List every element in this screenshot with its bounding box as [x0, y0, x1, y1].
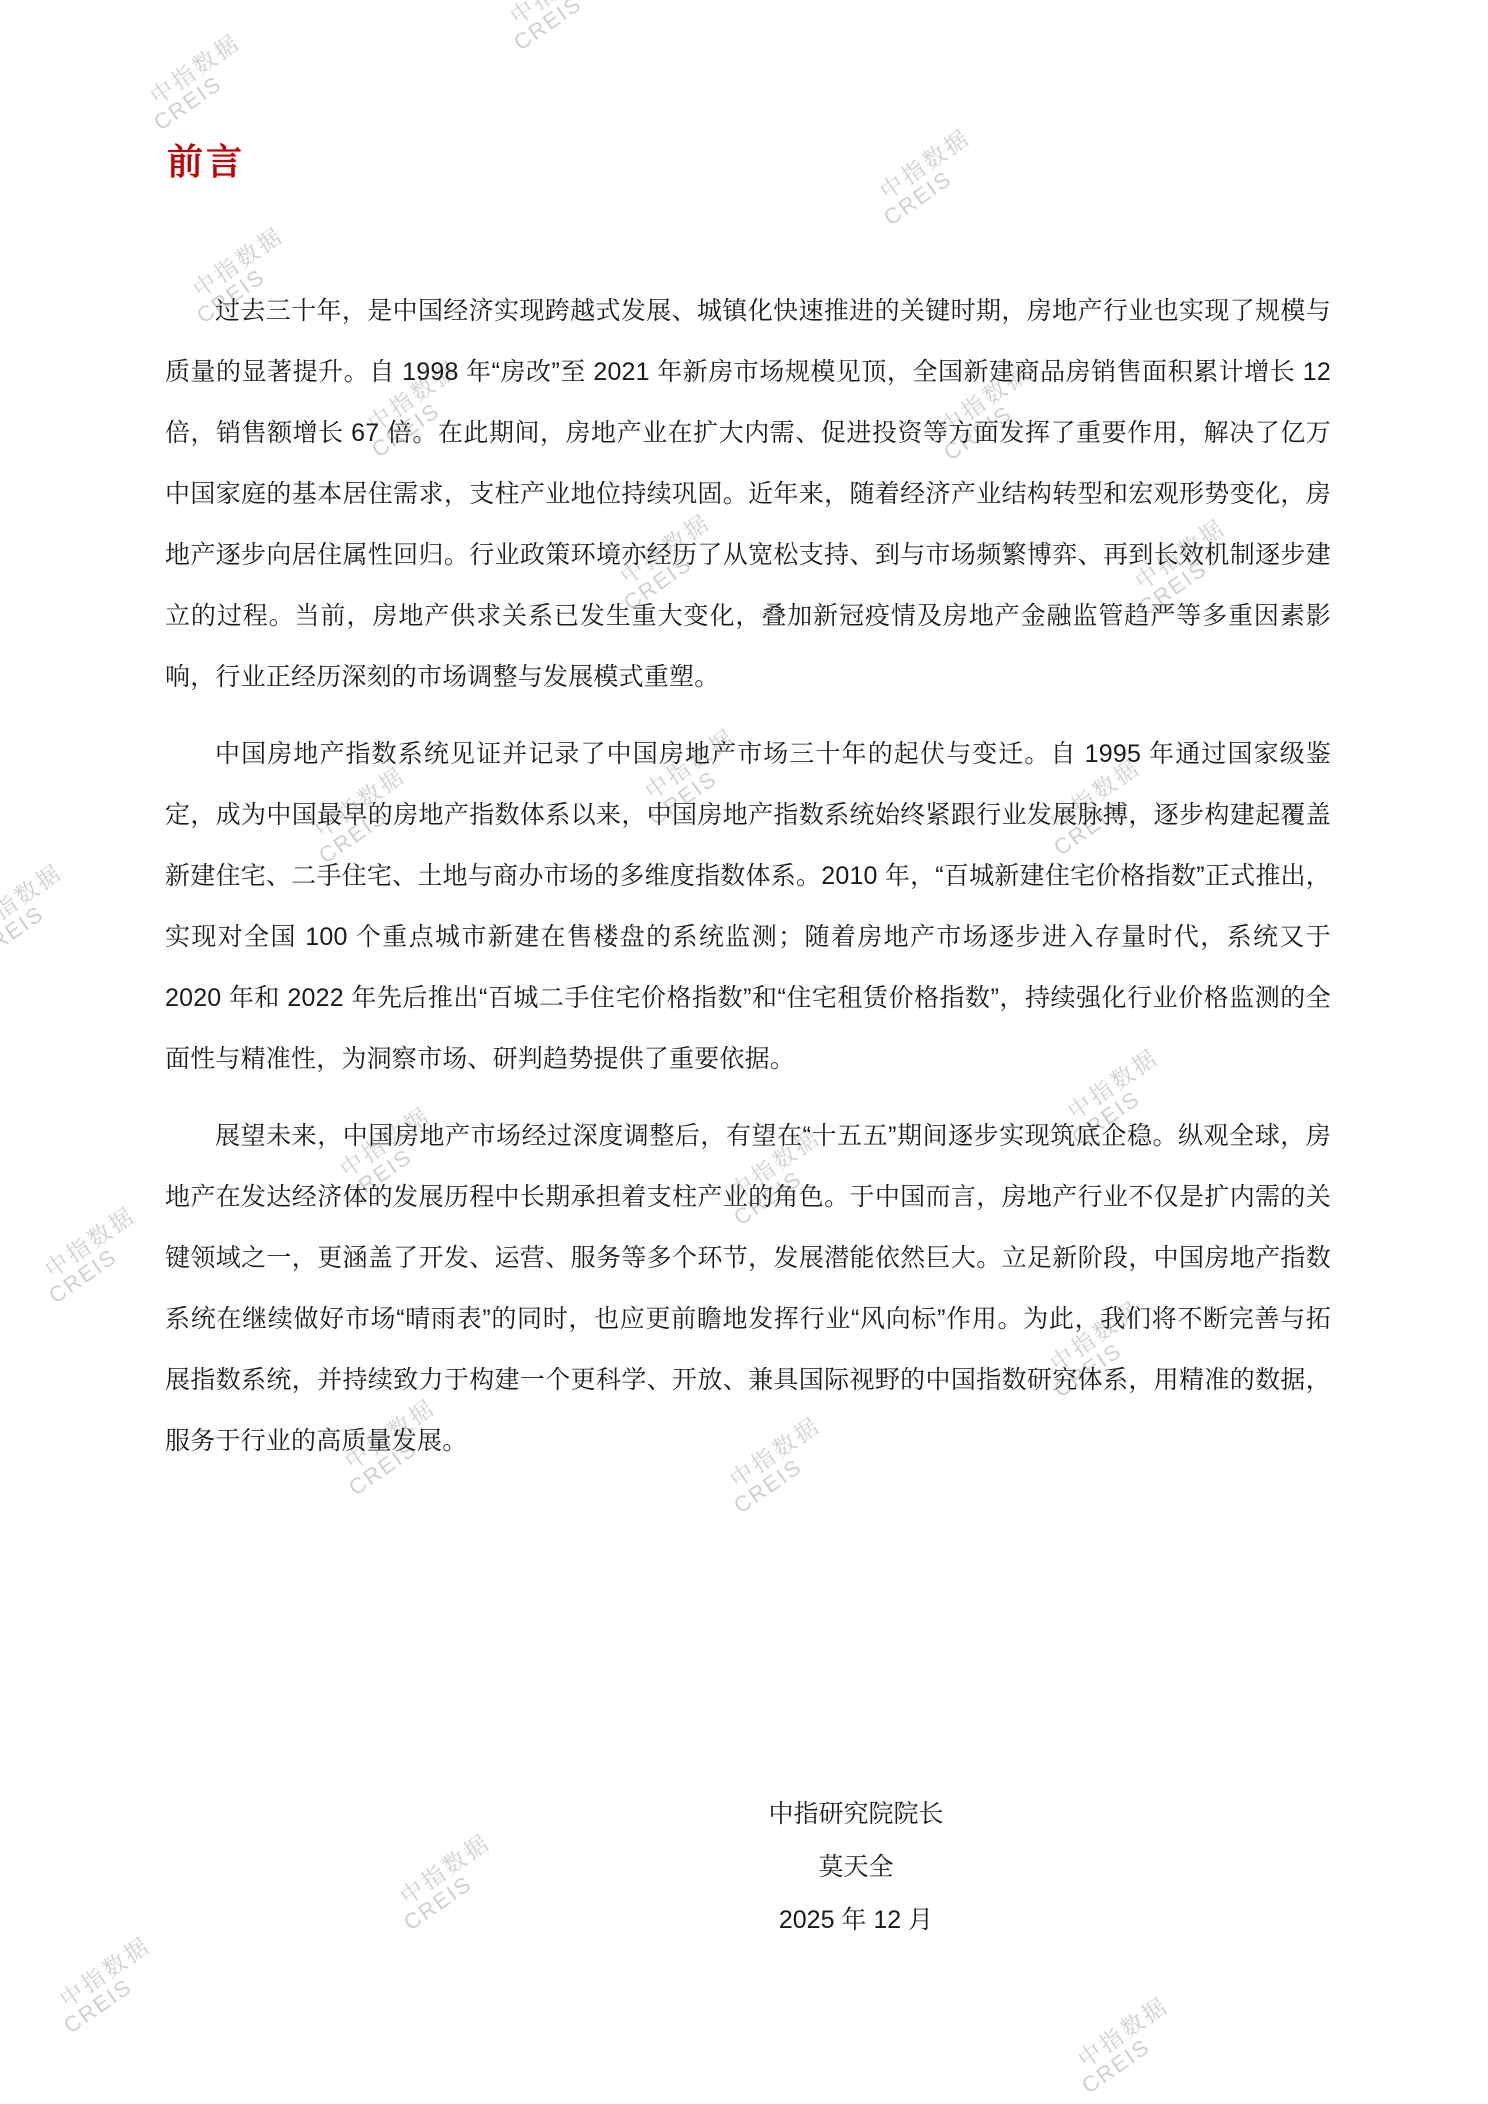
creis-watermark: 中指数据CREIS: [1074, 1993, 1187, 2092]
watermark-text-en: CREIS: [45, 1222, 154, 1308]
page-content: 前言 过去三十年，是中国经济实现跨越式发展、城镇化快速推进的关键时期，房地产行业…: [165, 143, 1331, 1488]
watermark-text-en: CREIS: [0, 879, 80, 965]
watermark-text-en: CREIS: [60, 1952, 169, 2038]
preface-paragraph-2: 中国房地产指数系统见证并记录了中国房地产市场三十年的起伏与变迁。自 1995 年…: [165, 724, 1331, 1090]
watermark-text-en: CREIS: [150, 49, 259, 135]
creis-watermark: 中指数据CREIS: [146, 30, 259, 129]
watermark-text-en: CREIS: [510, 0, 619, 55]
signature-block: 中指研究院院长 莫天全 2025 年 12 月: [600, 1788, 1112, 1947]
watermark-text-cn: 中指数据: [41, 1203, 140, 1282]
creis-watermark: 中指数据CREIS: [41, 1203, 154, 1302]
watermark-text-en: CREIS: [400, 1849, 509, 1935]
signature-name: 莫天全: [600, 1841, 1112, 1894]
creis-watermark: 中指数据CREIS: [56, 1933, 169, 2032]
watermark-text-cn: 中指数据: [1074, 1993, 1173, 2072]
watermark-text-cn: 中指数据: [56, 1933, 155, 2012]
preface-paragraph-1: 过去三十年，是中国经济实现跨越式发展、城镇化快速推进的关键时期，房地产行业也实现…: [165, 281, 1331, 708]
document-page: 中指数据CREIS中指数据CREIS中指数据CREIS中指数据CREIS中指数据…: [0, 0, 1488, 2104]
preface-paragraph-3: 展望未来，中国房地产市场经过深度调整后，有望在“十五五”期间逐步实现筑底企稳。纵…: [165, 1106, 1331, 1472]
watermark-text-cn: 中指数据: [506, 0, 605, 29]
creis-watermark: 中指数据CREIS: [506, 0, 619, 48]
signature-title: 中指研究院院长: [600, 1788, 1112, 1841]
creis-watermark: 中指数据CREIS: [0, 860, 80, 959]
watermark-text-cn: 中指数据: [146, 30, 245, 109]
watermark-text-cn: 中指数据: [396, 1830, 495, 1909]
signature-date: 2025 年 12 月: [600, 1894, 1112, 1947]
creis-watermark: 中指数据CREIS: [396, 1830, 509, 1929]
page-title: 前言: [167, 143, 1331, 181]
watermark-text-en: CREIS: [1078, 2012, 1187, 2098]
watermark-text-cn: 中指数据: [0, 860, 67, 939]
